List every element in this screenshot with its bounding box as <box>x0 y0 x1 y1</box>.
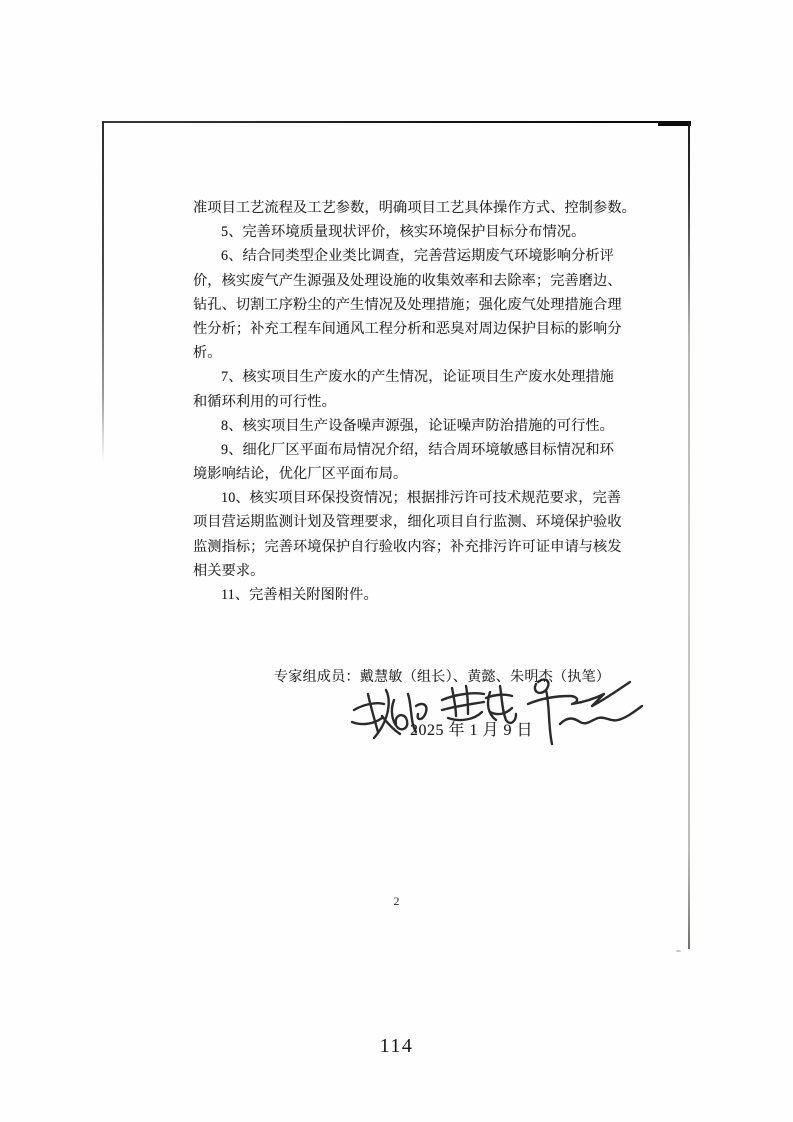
page-number: 114 <box>0 1035 793 1058</box>
signature-zhu-mingjie <box>528 680 642 744</box>
sign-off-date: 2025 年 1 月 9 日 <box>410 717 533 740</box>
body-line: 10、核实项目环保投资情况；根据排污许可技术规范要求，完善 <box>193 486 633 510</box>
review-comments: 准项目工艺流程及工艺参数，明确项目工艺具体操作方式、控制参数。5、完善环境质量现… <box>193 196 633 607</box>
body-line: 准项目工艺流程及工艺参数，明确项目工艺具体操作方式、控制参数。 <box>193 196 633 220</box>
page-border-right-line <box>688 122 690 949</box>
body-line: 项目营运期监测计划及管理要求，细化项目自行监测、环境保护验收 <box>193 510 633 534</box>
body-line: 性分析；补充工程车间通风工程分析和恶臭对周边保护目标的影响分 <box>193 317 633 341</box>
body-line: 8、核实项目生产设备噪声源强，论证噪声防治措施的可行性。 <box>193 414 633 438</box>
body-line: 境影响结论，优化厂区平面布局。 <box>193 462 633 486</box>
scanned-document-page: 准项目工艺流程及工艺参数，明确项目工艺具体操作方式、控制参数。5、完善环境质量现… <box>0 0 793 1122</box>
scan-speck <box>676 950 681 952</box>
handwritten-signatures <box>338 670 660 762</box>
page-border-top-right-corner <box>658 121 691 126</box>
body-line: 和循环利用的可行性。 <box>193 390 633 414</box>
body-line: 9、细化厂区平面布局情况介绍，结合周环境敏感目标情况和环 <box>193 438 633 462</box>
body-line: 钻孔、切割工序粉尘的产生情况及处理措施；强化废气处理措施合理 <box>193 293 633 317</box>
inner-page-number: 2 <box>0 894 793 909</box>
page-border-left-line <box>102 122 104 462</box>
body-line: 6、结合同类型企业类比调查，完善营运期废气环境影响分析评 <box>193 244 633 268</box>
body-line: 析。 <box>193 341 633 365</box>
body-line: 5、完善环境质量现状评价，核实环境保护目标分布情况。 <box>193 220 633 244</box>
page-border-top-line <box>102 121 691 123</box>
body-line: 11、完善相关附图附件。 <box>193 583 633 607</box>
body-line: 相关要求。 <box>193 559 633 583</box>
body-line: 监测指标；完善环境保护自行验收内容；补充排污许可证申请与核发 <box>193 535 633 559</box>
body-line: 7、核实项目生产废水的产生情况，论证项目生产废水处理措施 <box>193 365 633 389</box>
body-line: 价，核实废气产生源强及处理设施的收集效率和去除率；完善磨边、 <box>193 269 633 293</box>
